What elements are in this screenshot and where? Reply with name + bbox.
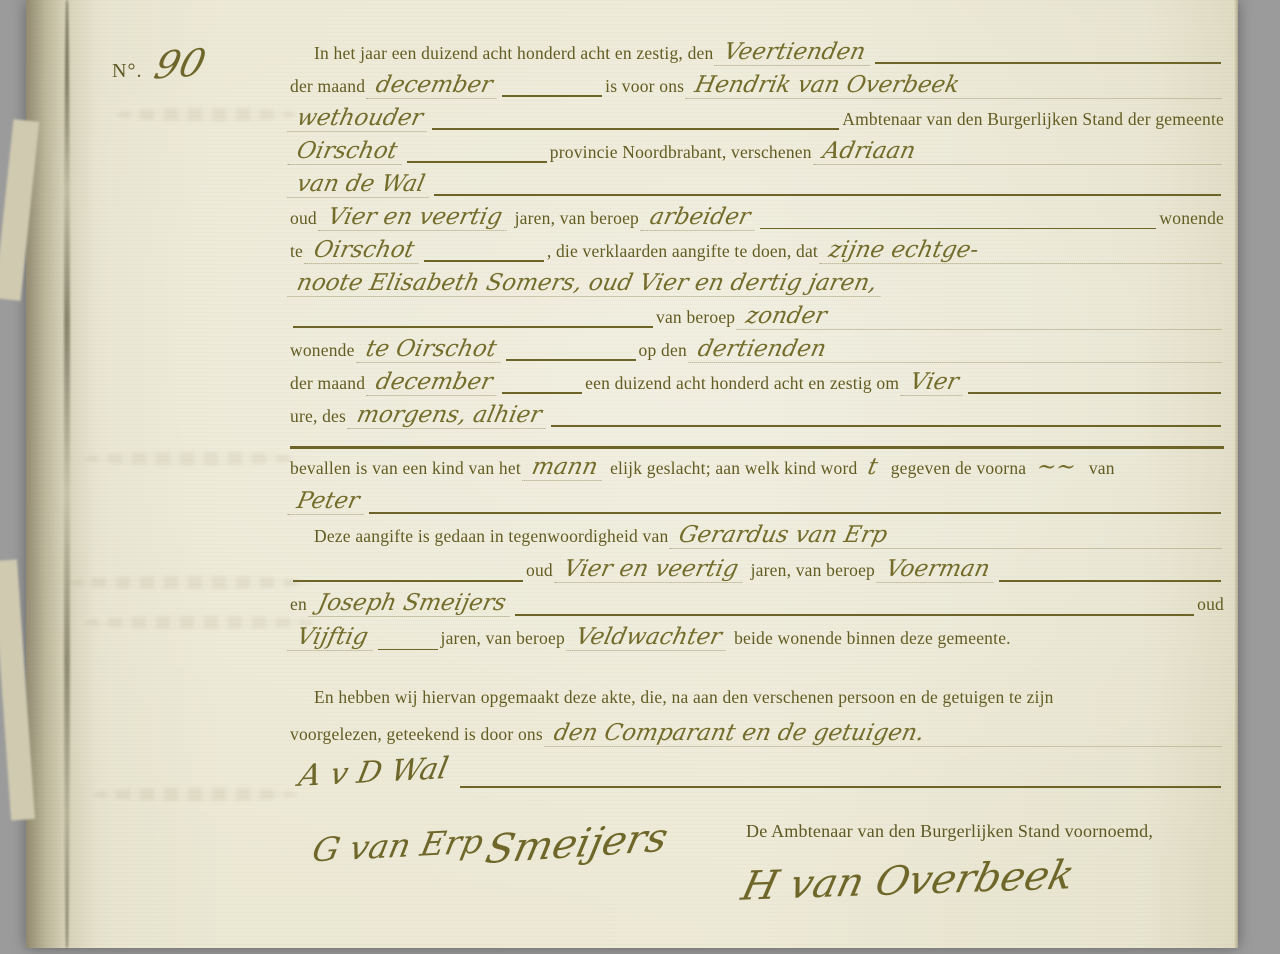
binding-shadow [64, 0, 70, 948]
handwritten-text: mann [522, 455, 607, 481]
document-page: N°. 90 In het jaar een duizend acht hond… [26, 0, 1238, 948]
act-line-12: ure, des morgens, alhier [290, 403, 1224, 436]
printed-text: en [290, 594, 307, 615]
blank-fill-line [434, 194, 1221, 196]
act-line-18: Vijftig jaren, van beroep Veldwachter be… [290, 625, 1224, 659]
printed-text: elijk geslacht; aan welk kind word [610, 458, 857, 479]
act-number-value: 90 [150, 40, 211, 87]
handwritten-text: arbeider [640, 205, 759, 231]
section-divider-rule [290, 446, 1224, 449]
blank-fill-line [407, 161, 547, 163]
act-line-14: Peter [290, 489, 1224, 523]
act-line-04: Oirschot provincie Noordbrabant, versche… [290, 139, 1224, 172]
blank-fill-line [432, 128, 839, 130]
printed-text: Ambtenaar van den Burgerlijken Stand der… [842, 109, 1224, 130]
signature-block: G van Erp Smeijers De Ambtenaar van den … [290, 807, 1224, 904]
blank-fill-line [369, 512, 1221, 514]
handwritten-text: Gerardus van Erp [670, 523, 1227, 549]
handwritten-text: Vijftig [287, 625, 377, 651]
printed-text: wonende [290, 340, 355, 361]
handwritten-text: Vier en veertig [318, 205, 511, 231]
comparant-signature: A v D Wal [286, 751, 462, 795]
witness2-signature: Smeijers [481, 815, 672, 873]
act-number-label: N°. [112, 60, 142, 82]
act-line-07: te Oirschot , die verklaarden aangifte t… [290, 238, 1224, 271]
act-line-19: En hebben wij hiervan opgemaakt deze akt… [290, 687, 1224, 721]
handwritten-text: Peter [287, 489, 368, 515]
blank-fill-line [999, 580, 1221, 582]
handwritten-text: zijne echtge- [819, 238, 1227, 264]
handwritten-text: den Comparant en de getuigen. [544, 721, 1227, 747]
printed-text: van beroep [656, 307, 735, 328]
printed-text: der maand [290, 373, 365, 394]
handwritten-text: Voerman [876, 557, 999, 583]
act-line-10: wonende te Oirschot op den dertienden [290, 337, 1224, 370]
handwritten-text: van de Wal [287, 172, 434, 198]
printed-text: gegeven de voorna [891, 458, 1027, 479]
handwritten-text: Oirschot [287, 139, 406, 165]
printed-text: bevallen is van een kind van het [290, 458, 521, 479]
witness1-signature: G van Erp [309, 822, 487, 870]
handwritten-text: Oirschot [304, 238, 423, 264]
act-line-17: en Joseph Smeijers oud [290, 591, 1224, 625]
printed-text: een duizend acht honderd acht en zestig … [585, 373, 899, 394]
official-signature-area: De Ambtenaar van den Burgerlijken Stand … [710, 807, 1224, 904]
blank-fill-line [968, 392, 1221, 394]
printed-text: oud [1197, 594, 1224, 615]
handwritten-text: december [366, 370, 502, 396]
printed-text: jaren, van beroep [441, 628, 565, 649]
printed-text: te [290, 241, 303, 262]
handwritten-text: Veldwachter [566, 625, 731, 651]
ink-bleedthrough-smudge [116, 108, 296, 121]
blank-fill-line [460, 786, 1221, 788]
printed-text: ure, des [290, 406, 346, 427]
handwritten-text: december [366, 73, 502, 99]
printed-text: beide wonende binnen deze gemeente. [734, 628, 1011, 649]
act-line-09: van beroep zonder [290, 304, 1224, 337]
ink-bleedthrough-smudge [84, 616, 314, 629]
act-line-13: bevallen is van een kind van het mann el… [290, 455, 1224, 489]
printed-text: jaren, van beroep [751, 560, 875, 581]
act-body: In het jaar een duizend acht honderd ach… [290, 40, 1224, 904]
printed-text: Deze aangifte is gedaan in tegenwoordigh… [290, 526, 668, 547]
handwritten-text: Vier en veertig [554, 557, 747, 583]
official-caption: De Ambtenaar van den Burgerlijken Stand … [710, 821, 1224, 842]
act-line-06: oud Vier en veertig jaren, van beroep ar… [290, 205, 1224, 238]
printed-text: van [1089, 458, 1115, 479]
blank-fill-line [502, 95, 602, 97]
handwritten-flourish: ~~ [1028, 455, 1086, 480]
printed-text: jaren, van beroep [515, 208, 639, 229]
blank-fill-line [378, 649, 438, 650]
act-line-20: voorgelezen, geteekend is door ons den C… [290, 721, 1224, 755]
printed-text: provincie Noordbrabant, verschenen [550, 142, 812, 163]
handwritten-text: morgens, alhier [347, 403, 551, 429]
printed-text: In het jaar een duizend acht honderd ach… [290, 43, 713, 64]
handwritten-text: Adriaan [813, 139, 1227, 165]
printed-text: is voor ons [605, 76, 684, 97]
blank-fill-line [551, 425, 1221, 427]
handwritten-text: Vier [900, 370, 968, 396]
witness-signatures: G van Erp Smeijers [290, 807, 710, 867]
act-line-11: der maand december een duizend acht hond… [290, 370, 1224, 403]
blank-fill-line [424, 260, 544, 262]
ink-bleedthrough-smudge [92, 788, 297, 801]
blank-fill-line [502, 392, 582, 394]
handwritten-text: te Oirschot [356, 337, 506, 363]
page-edge [1234, 0, 1238, 948]
printed-text: voorgelezen, geteekend is door ons [290, 724, 543, 745]
blank-fill-line [506, 359, 636, 361]
printed-text: der maand [290, 76, 365, 97]
handwritten-text: Hendrik van Overbeek [685, 73, 1226, 99]
handwritten-text: zonder [736, 304, 1226, 330]
act-number: N°. 90 [112, 42, 205, 86]
comparant-signature-line: A v D Wal [290, 755, 1224, 797]
act-line-01: In het jaar een duizend acht honderd ach… [290, 40, 1224, 73]
blank-fill-line [293, 580, 523, 582]
handwritten-text: dertienden [688, 337, 1227, 363]
blank-fill-line [515, 614, 1194, 616]
blank-fill-line [293, 326, 653, 328]
blank-fill-line [875, 62, 1221, 64]
printed-text: op den [639, 340, 687, 361]
handwritten-text: t [859, 455, 888, 480]
printed-text: , die verklaarden aangifte te doen, dat [547, 241, 818, 262]
act-line-16: oud Vier en veertig jaren, van beroep Vo… [290, 557, 1224, 591]
act-line-05: van de Wal [290, 172, 1224, 205]
printed-text: wonende [1159, 208, 1224, 229]
printed-text: oud [526, 560, 553, 581]
handwritten-text: noote Elisabeth Somers, oud Vier en dert… [287, 271, 886, 297]
handwritten-text: Veertienden [715, 40, 875, 66]
official-signature: H van Overbeek [737, 852, 1078, 909]
act-line-02: der maand december is voor ons Hendrik v… [290, 73, 1224, 106]
printed-text: En hebben wij hiervan opgemaakt deze akt… [290, 687, 1054, 708]
printed-text: oud [290, 208, 317, 229]
handwritten-text: wethouder [287, 106, 432, 132]
ink-bleedthrough-smudge [68, 576, 308, 589]
act-line-08: noote Elisabeth Somers, oud Vier en dert… [290, 271, 1224, 304]
act-line-15: Deze aangifte is gedaan in tegenwoordigh… [290, 523, 1224, 557]
blank-fill-line [760, 228, 1157, 229]
handwritten-text: Joseph Smeijers [308, 591, 515, 617]
act-line-03: wethouder Ambtenaar van den Burgerlijken… [290, 106, 1224, 139]
ink-bleedthrough-smudge [84, 452, 299, 465]
